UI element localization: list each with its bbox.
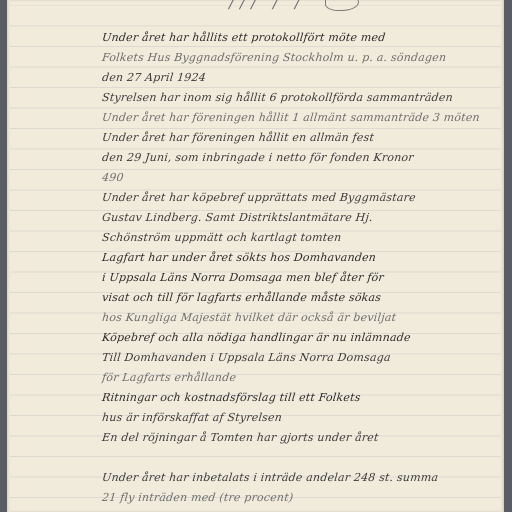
text-line: Folkets Hus Byggnadsförening Stockholm u… [101,48,503,68]
text-line: Lagfart har under året sökts hos Domhava… [101,248,503,268]
heading-fragment: /// / / [229,0,306,12]
text-line: den 29 Juni, som inbringade i netto för … [101,148,503,168]
handwritten-text-block: Under året har hållits ett protokollfört… [101,28,501,508]
text-line: Styrelsen har inom sig hållit 6 protokol… [101,88,503,108]
text-line: Köpebref och alla nödiga handlingar är n… [101,328,503,348]
text-line: visat och till för lagfarts erhållande m… [101,288,503,308]
text-line: Ritningar och kostnadsförslag till ett F… [101,388,503,408]
page-edge-right [501,0,504,512]
text-line: 21 fly inträden med (tre procent) [101,488,503,508]
text-line: den 27 April 1924 [101,68,503,88]
text-line: En del röjningar å Tomten har gjorts und… [101,428,503,448]
text-line: 490 [101,168,503,188]
text-line: i Uppsala Läns Norra Domsaga men blef åt… [101,268,503,288]
text-line: Under året har föreningen hållit en allm… [101,128,503,148]
text-line: Till Domhavanden i Uppsala Läns Norra Do… [101,348,503,368]
text-line: Under året har inbetalats i inträde ande… [101,468,503,488]
ink-blot-mark [325,0,359,11]
text-line: hus är införskaffat af Styrelsen [101,408,503,428]
document-page: /// / / Under året har hållits ett proto… [7,0,504,512]
blank-line [101,448,503,468]
text-line: Under året har hållits ett protokollfört… [101,28,503,48]
text-line: Under året har köpebref upprättats med B… [101,188,503,208]
text-line: Gustav Lindberg. Samt Distriktslantmätar… [101,208,503,228]
text-line: Under året har föreningen hållit 1 allmä… [101,108,503,128]
text-line: för Lagfarts erhållande [101,368,503,388]
text-line: hos Kungliga Majestät hvilket där också … [101,308,503,328]
text-line: Schönström uppmätt och kartlagt tomten [101,228,503,248]
page-edge-left [7,0,10,512]
